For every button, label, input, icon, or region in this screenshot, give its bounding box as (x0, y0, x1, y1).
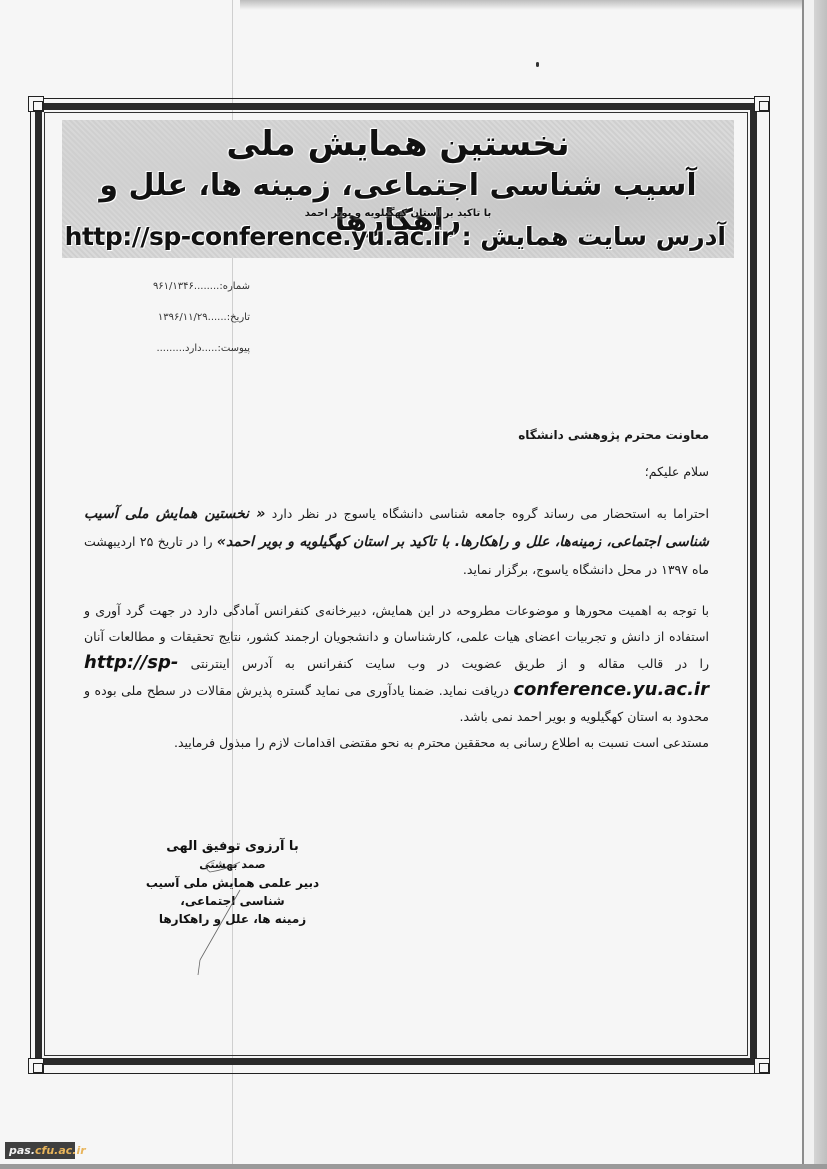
letter-paragraph-2: با توجه به اهمیت محورها و موضوعات مطروحه… (84, 598, 709, 756)
page-edge (814, 0, 827, 1169)
banner-site-url[interactable]: http://sp-conference.yu.ac.ir (65, 222, 453, 251)
frame-corner-ornament (28, 96, 44, 112)
page-edge (0, 1164, 827, 1169)
scan-shadow (240, 0, 827, 10)
banner-site-label: آدرس سایت همایش : (462, 222, 726, 251)
banner-title: نخستین همایش ملی (62, 124, 734, 164)
page-edge (804, 0, 814, 1169)
frame-corner-ornament (754, 96, 770, 112)
ink-speck (536, 62, 539, 67)
banner-site-address: آدرس سایت همایش : http://sp-conference.y… (66, 222, 726, 251)
reference-date: تاریخ:......۱۳۹۶/۱۱/۲۹ (130, 311, 250, 342)
reference-attachment: پیوست:.....دارد......... (130, 342, 250, 373)
letter-paragraph-1: احتراما به استحضار می رساند گروه جامعه ش… (84, 500, 709, 584)
letter-addressee: معاونت محترم پژوهشی دانشگاه (84, 428, 709, 442)
conference-banner: نخستین همایش ملی آسیب شناسی اجتماعی، زمی… (62, 120, 734, 258)
letter-greeting: سلام علیکم؛ (84, 464, 709, 479)
letter-reference: شماره:........۹۶۱/۱۳۴۶ تاریخ:......۱۳۹۶/… (130, 280, 250, 373)
letter-request: مستدعی است نسبت به اطلاع رسانی به محققین… (174, 735, 709, 750)
signature-scribble-icon (180, 860, 380, 980)
closing-phrase: با آرزوی توفیق الهی (130, 838, 335, 856)
reference-number: شماره:........۹۶۱/۱۳۴۶ (130, 280, 250, 311)
frame-corner-ornament (28, 1058, 44, 1074)
frame-corner-ornament (754, 1058, 770, 1074)
site-watermark: pas.cfu.ac.ir (5, 1142, 75, 1159)
banner-tagline: با تاکید بر استان کهگیلویه و بویر احمد (62, 208, 734, 219)
